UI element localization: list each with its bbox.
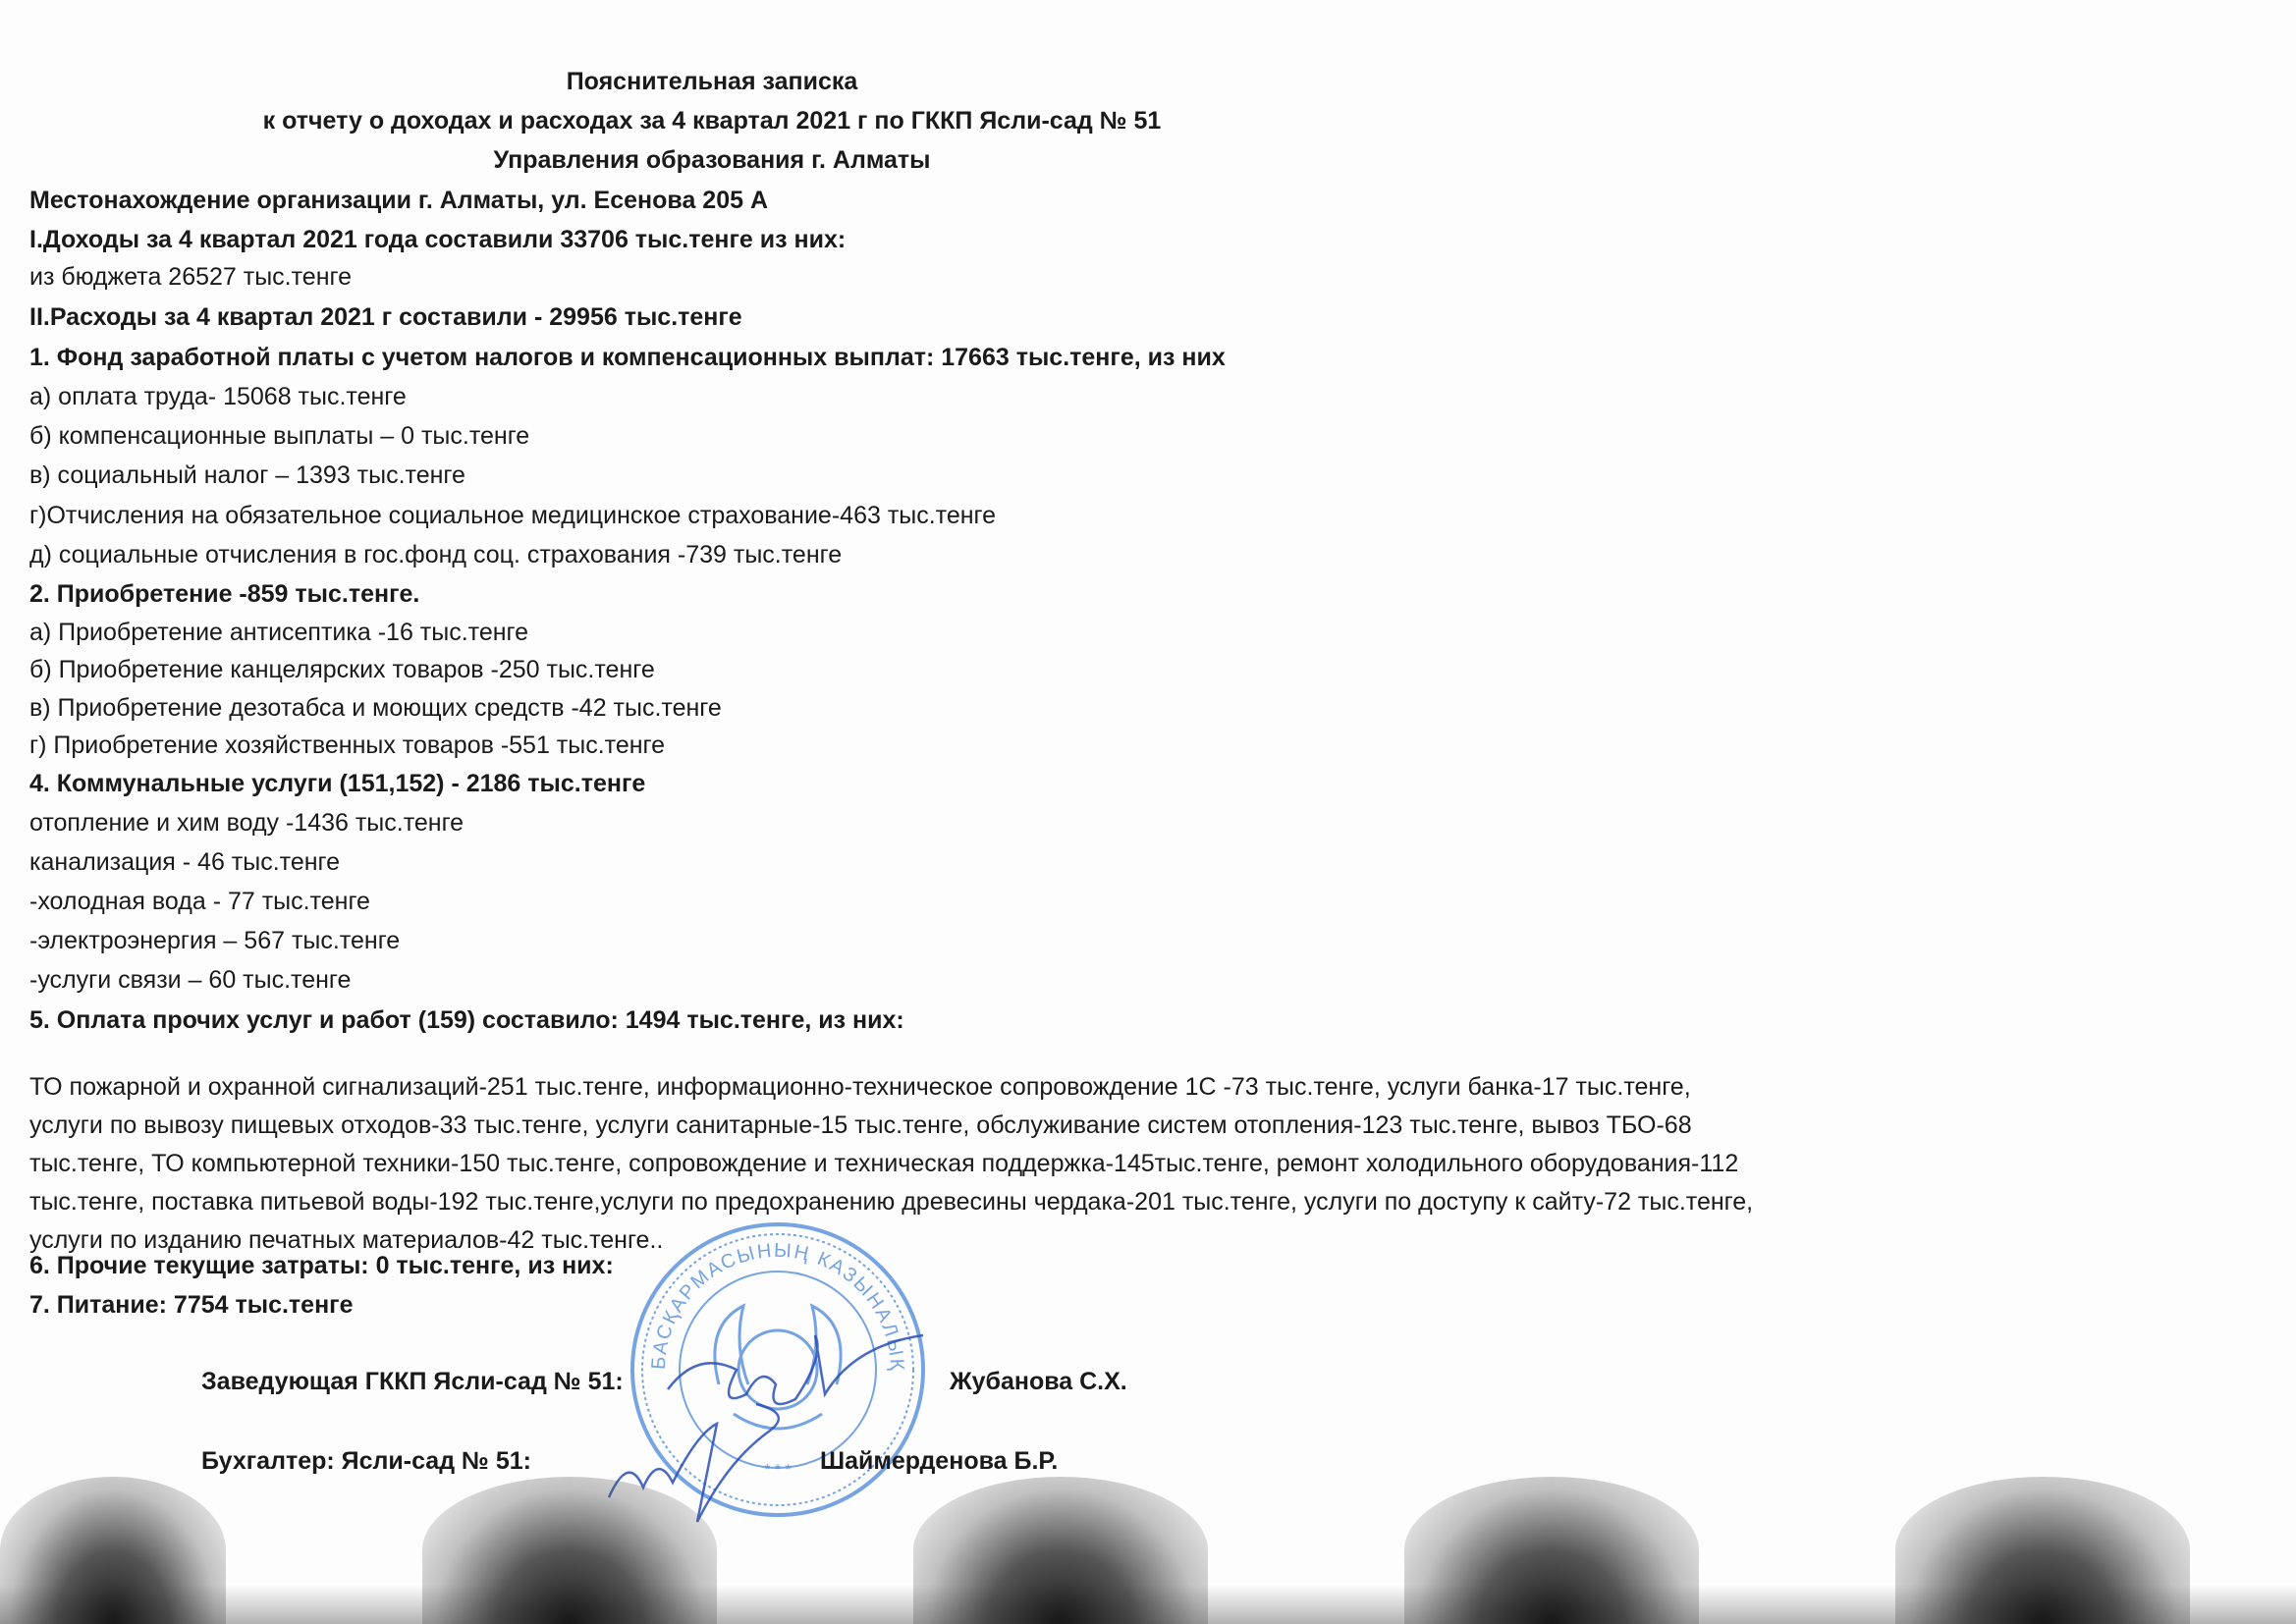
payroll-heading: 1. Фонд заработной платы с учетом налого… bbox=[29, 343, 1226, 372]
purchases-item: а) Приобретение антисептика -16 тыс.тенг… bbox=[29, 618, 528, 647]
other-services-heading: 5. Оплата прочих услуг и работ (159) сос… bbox=[29, 1005, 904, 1035]
paragraph-line: тыс.тенге, поставка питьевой воды-192 ты… bbox=[29, 1183, 1984, 1221]
utilities-item: -холодная вода - 77 тыс.тенге bbox=[29, 887, 370, 916]
scanner-shadow bbox=[1404, 1477, 1699, 1624]
other-services-paragraph: ТО пожарной и охранной сигнализаций-251 … bbox=[29, 1068, 1984, 1260]
purchases-item: в) Приобретение дезотабса и моющих средс… bbox=[29, 693, 722, 723]
scanner-shadow bbox=[0, 1477, 226, 1624]
scanner-shadow bbox=[913, 1477, 1208, 1624]
document-subtitle: к отчету о доходах и расходах за 4 кварт… bbox=[0, 106, 1424, 135]
utilities-item: -услуги связи – 60 тыс.тенге bbox=[29, 965, 351, 995]
director-label: Заведующая ГККП Ясли-сад № 51: bbox=[201, 1368, 624, 1396]
utilities-item: канализация - 46 тыс.тенге bbox=[29, 847, 340, 877]
payroll-item: в) социальный налог – 1393 тыс.тенге bbox=[29, 460, 465, 490]
scanner-shadow bbox=[1895, 1477, 2190, 1624]
payroll-item: б) компенсационные выплаты – 0 тыс.тенге bbox=[29, 421, 529, 451]
purchases-item: б) Приобретение канцелярских товаров -25… bbox=[29, 655, 655, 684]
utilities-item: отопление и хим воду -1436 тыс.тенге bbox=[29, 808, 464, 838]
expenses-heading: II.Расходы за 4 квартал 2021 г составили… bbox=[29, 302, 742, 332]
paragraph-line: ТО пожарной и охранной сигнализаций-251 … bbox=[29, 1068, 1984, 1107]
director-name: Жубанова С.Х. bbox=[950, 1368, 1127, 1396]
paragraph-line: тыс.тенге, ТО компьютерной техники-150 т… bbox=[29, 1145, 1984, 1183]
other-current-expenses: 6. Прочие текущие затраты: 0 тыс.тенге, … bbox=[29, 1251, 614, 1280]
purchases-item: г) Приобретение хозяйственных товаров -5… bbox=[29, 731, 665, 760]
food-expenses: 7. Питание: 7754 тыс.тенге bbox=[29, 1290, 354, 1320]
accountant-name: Шаймерденова Б.Р. bbox=[820, 1447, 1058, 1476]
payroll-item: а) оплата труда- 15068 тыс.тенге bbox=[29, 382, 407, 411]
paragraph-line: услуги по вывозу пищевых отходов-33 тыс.… bbox=[29, 1107, 1984, 1145]
accountant-label: Бухгалтер: Ясли-сад № 51: bbox=[201, 1447, 531, 1476]
utilities-heading: 4. Коммунальные услуги (151,152) - 2186 … bbox=[29, 769, 645, 798]
income-budget: из бюджета 26527 тыс.тенге bbox=[29, 262, 352, 292]
document-location: Местонахождение организации г. Алматы, у… bbox=[29, 186, 768, 215]
scanner-shadow bbox=[422, 1477, 717, 1624]
purchases-heading: 2. Приобретение -859 тыс.тенге. bbox=[29, 579, 419, 609]
document-title: Пояснительная записка bbox=[0, 67, 1424, 96]
payroll-item: д) социальные отчисления в гос.фонд соц.… bbox=[29, 540, 842, 569]
document-department: Управления образования г. Алматы bbox=[0, 145, 1424, 175]
income-heading: I.Доходы за 4 квартал 2021 года составил… bbox=[29, 225, 846, 254]
payroll-item: г)Отчисления на обязательное социальное … bbox=[29, 501, 996, 530]
scanned-document: Пояснительная записка к отчету о доходах… bbox=[0, 0, 2296, 1624]
utilities-item: -электроэнергия – 567 тыс.тенге bbox=[29, 926, 400, 955]
